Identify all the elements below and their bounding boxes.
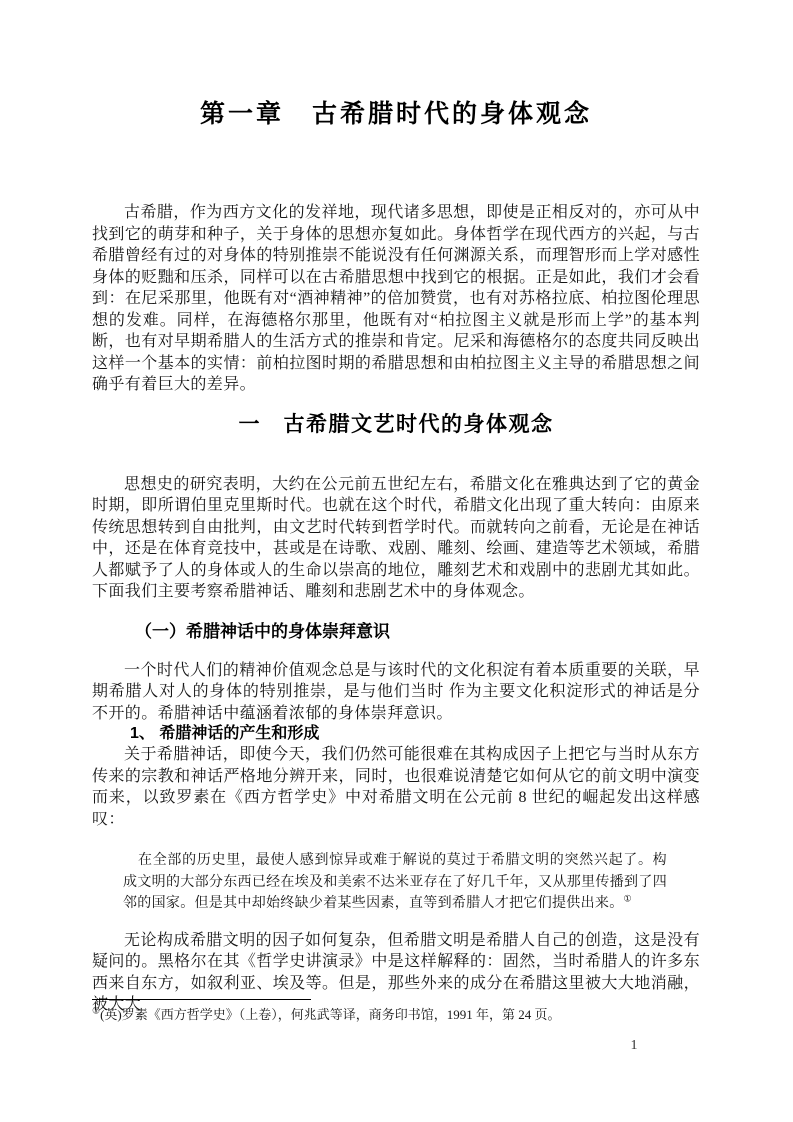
section-paragraph: 思想史的研究表明，大约在公元前五世纪左右，希腊文化在雅典达到了它的黄金时期，即所… [92, 474, 700, 603]
block-quote: 在全部的历史里，最使人感到惊异或难于解说的莫过于希腊文明的突然兴起了。构成文明的… [123, 850, 667, 915]
footnote: ①(英)罗素《西方哲学史》（上卷），何兆武等译，商务印书馆，1991 年，第 2… [92, 1006, 700, 1023]
intro-paragraph: 古希腊，作为西方文化的发祥地，现代诸多思想，即使是正相反对的，亦可从中找到它的萌… [92, 202, 700, 396]
footnote-separator [92, 999, 311, 1000]
subsection-paragraph: 一个时代人们的精神价值观念总是与该时代的文化积淀有着本质重要的关联，早期希腊人对… [92, 660, 700, 725]
footnote-text: (英)罗素《西方哲学史》（上卷），何兆武等译，商务印书馆，1991 年，第 24… [100, 1007, 560, 1022]
chapter-title: 第一章 古希腊时代的身体观念 [92, 99, 700, 129]
closing-paragraph: 无论构成希腊文明的因子如何复杂，但希腊文明是希腊人自己的创造，这是没有疑问的。黑… [92, 930, 700, 1016]
page-number: 1 [624, 1038, 644, 1054]
topic-heading: 1、 希腊神话的产生和形成 [130, 724, 700, 744]
footnote-marker: ① [92, 1006, 100, 1016]
quote-text: 在全部的历史里，最使人感到惊异或难于解说的莫过于希腊文明的突然兴起了。构成文明的… [123, 853, 667, 911]
topic-paragraph: 关于希腊神话，即使今天，我们仍然可能很难在其构成因子上把它与当时从东方传来的宗教… [92, 744, 700, 830]
document-page: 第一章 古希腊时代的身体观念 古希腊，作为西方文化的发祥地，现代诸多思想，即使是… [0, 0, 793, 1122]
footnote-reference-marker: ① [624, 893, 632, 903]
subsection-heading: （一）希腊神话中的身体崇拜意识 [135, 620, 700, 644]
section-heading: 一 古希腊文艺时代的身体观念 [92, 412, 700, 438]
